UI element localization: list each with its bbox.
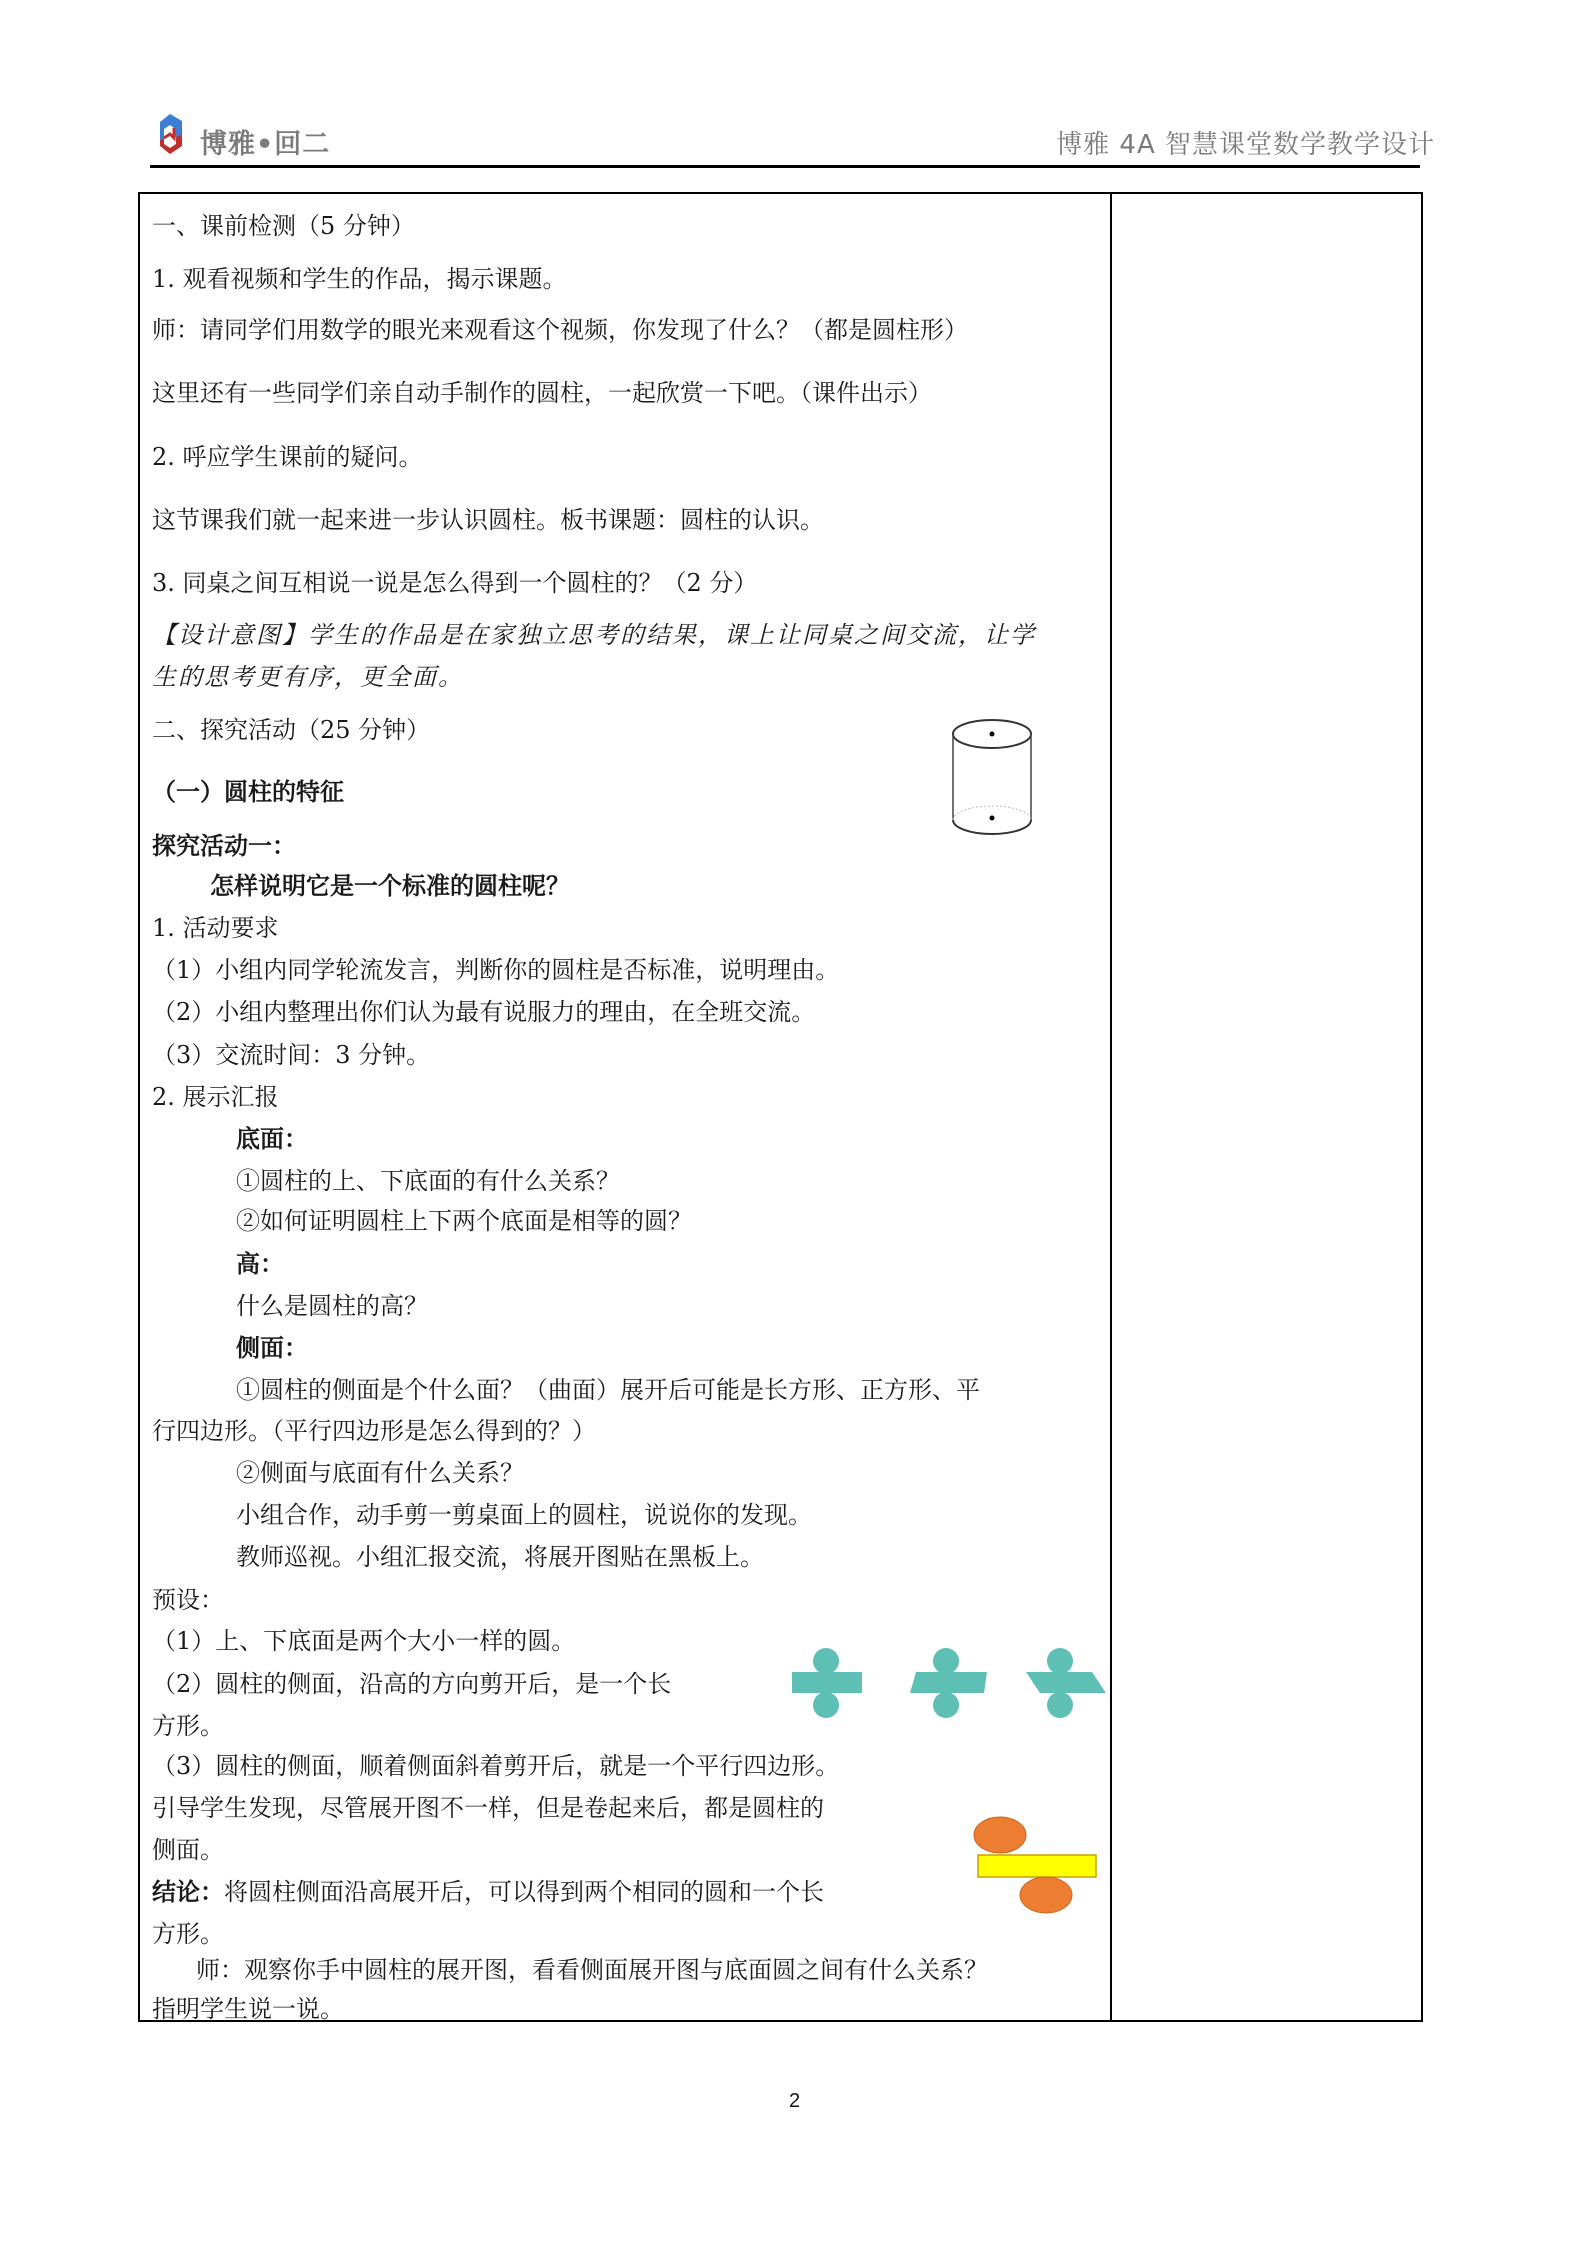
preset-item: （2）圆柱的侧面，沿高的方向剪开后，是一个长 [152, 1669, 671, 1699]
conclusion-line: 结论：将圆柱侧面沿高展开后，可以得到两个相同的圆和一个长 [152, 1877, 824, 1907]
paragraph: 指明学生说一说。 [152, 1994, 344, 2024]
page-number: 2 [789, 2090, 800, 2113]
teacher-line: 师：请同学们用数学的眼光来观看这个视频，你发现了什么？（都是圆柱形） [152, 315, 968, 345]
table-column-divider [1110, 192, 1112, 2022]
question-item-cont: 行四边形。（平行四边形是怎么得到的？） [152, 1416, 596, 1446]
paragraph: 这节课我们就一起来进一步认识圆柱。板书课题：圆柱的认识。 [152, 505, 824, 535]
label-base: 底面： [236, 1124, 308, 1154]
activity-heading: 探究活动一： [152, 831, 296, 861]
preset-item: （1）上、下底面是两个大小一样的圆。 [152, 1626, 575, 1656]
cylinder-nets-diagram-icon [788, 1645, 1118, 1725]
paragraph: 小组合作，动手剪一剪桌面上的圆柱，说说你的发现。 [236, 1500, 812, 1530]
section-heading-pre-class-check: 一、课前检测（5 分钟） [152, 211, 415, 241]
question-item: ①圆柱的上、下底面的有什么关系？ [236, 1166, 620, 1196]
conclusion-label: 结论： [152, 1878, 224, 1906]
question-item: ②如何证明圆柱上下两个底面是相等的圆？ [236, 1206, 692, 1236]
paragraph: 教师巡视。小组汇报交流，将展开图贴在黑板上。 [236, 1542, 764, 1572]
question-item: 什么是圆柱的高？ [236, 1291, 428, 1321]
requirement-item: （1）小组内同学轮流发言，判断你的圆柱是否标准，说明理由。 [152, 955, 839, 985]
step-3: 3. 同桌之间互相说一说是怎么得到一个圆柱的？（2 分） [152, 568, 757, 598]
label-side: 侧面： [236, 1333, 308, 1363]
requirement-item: （2）小组内整理出你们认为最有说服力的理由，在全班交流。 [152, 997, 815, 1027]
design-intent-cont: 生的思考更有序，更全面。 [152, 662, 464, 692]
conclusion-cont: 方形。 [152, 1919, 224, 1949]
question-item: ①圆柱的侧面是个什么面？（曲面）展开后可能是长方形、正方形、平 [236, 1375, 980, 1405]
document-title: 博雅 4A 智慧课堂数学教学设计 [1056, 124, 1435, 161]
design-intent: 【设计意图】学生的作品是在家独立思考的结果，课上让同桌之间交流，让学 [152, 620, 1036, 650]
step-2: 2. 呼应学生课前的疑问。 [152, 442, 423, 472]
cylinder-diagram-icon [945, 712, 1040, 842]
preset-item: （3）圆柱的侧面，顺着侧面斜着剪开后，就是一个平行四边形。 [152, 1751, 839, 1781]
brand-name: 博雅•回二 [200, 122, 330, 161]
step-report: 2. 展示汇报 [152, 1082, 279, 1112]
activity-requirements: 1. 活动要求 [152, 913, 279, 943]
paragraph-cont: 侧面。 [152, 1835, 224, 1865]
header-rule [150, 165, 1420, 168]
preset-item-cont: 方形。 [152, 1711, 224, 1741]
paragraph: 引导学生发现，尽管展开图不一样，但是卷起来后，都是圆柱的 [152, 1793, 824, 1823]
step-1: 1. 观看视频和学生的作品，揭示课题。 [152, 264, 567, 294]
subsection-heading: （一）圆柱的特征 [152, 777, 344, 807]
conclusion-text: 将圆柱侧面沿高展开后，可以得到两个相同的圆和一个长 [224, 1878, 824, 1906]
boya-logo-icon [152, 112, 188, 156]
section-heading-exploration: 二、探究活动（25 分钟） [152, 715, 430, 745]
requirement-item: （3）交流时间：3 分钟。 [152, 1040, 430, 1070]
teacher-line: 师：观察你手中圆柱的展开图，看看侧面展开图与底面圆之间有什么关系？ [196, 1955, 988, 1985]
paragraph: 这里还有一些同学们亲自动手制作的圆柱，一起欣赏一下吧。（课件出示） [152, 378, 932, 408]
label-height: 高： [236, 1249, 284, 1279]
question-item: ②侧面与底面有什么关系？ [236, 1458, 524, 1488]
preset-label: 预设： [152, 1585, 224, 1615]
activity-question: 怎样说明它是一个标准的圆柱呢？ [210, 871, 570, 901]
cylinder-net-orange-icon [968, 1815, 1098, 1915]
